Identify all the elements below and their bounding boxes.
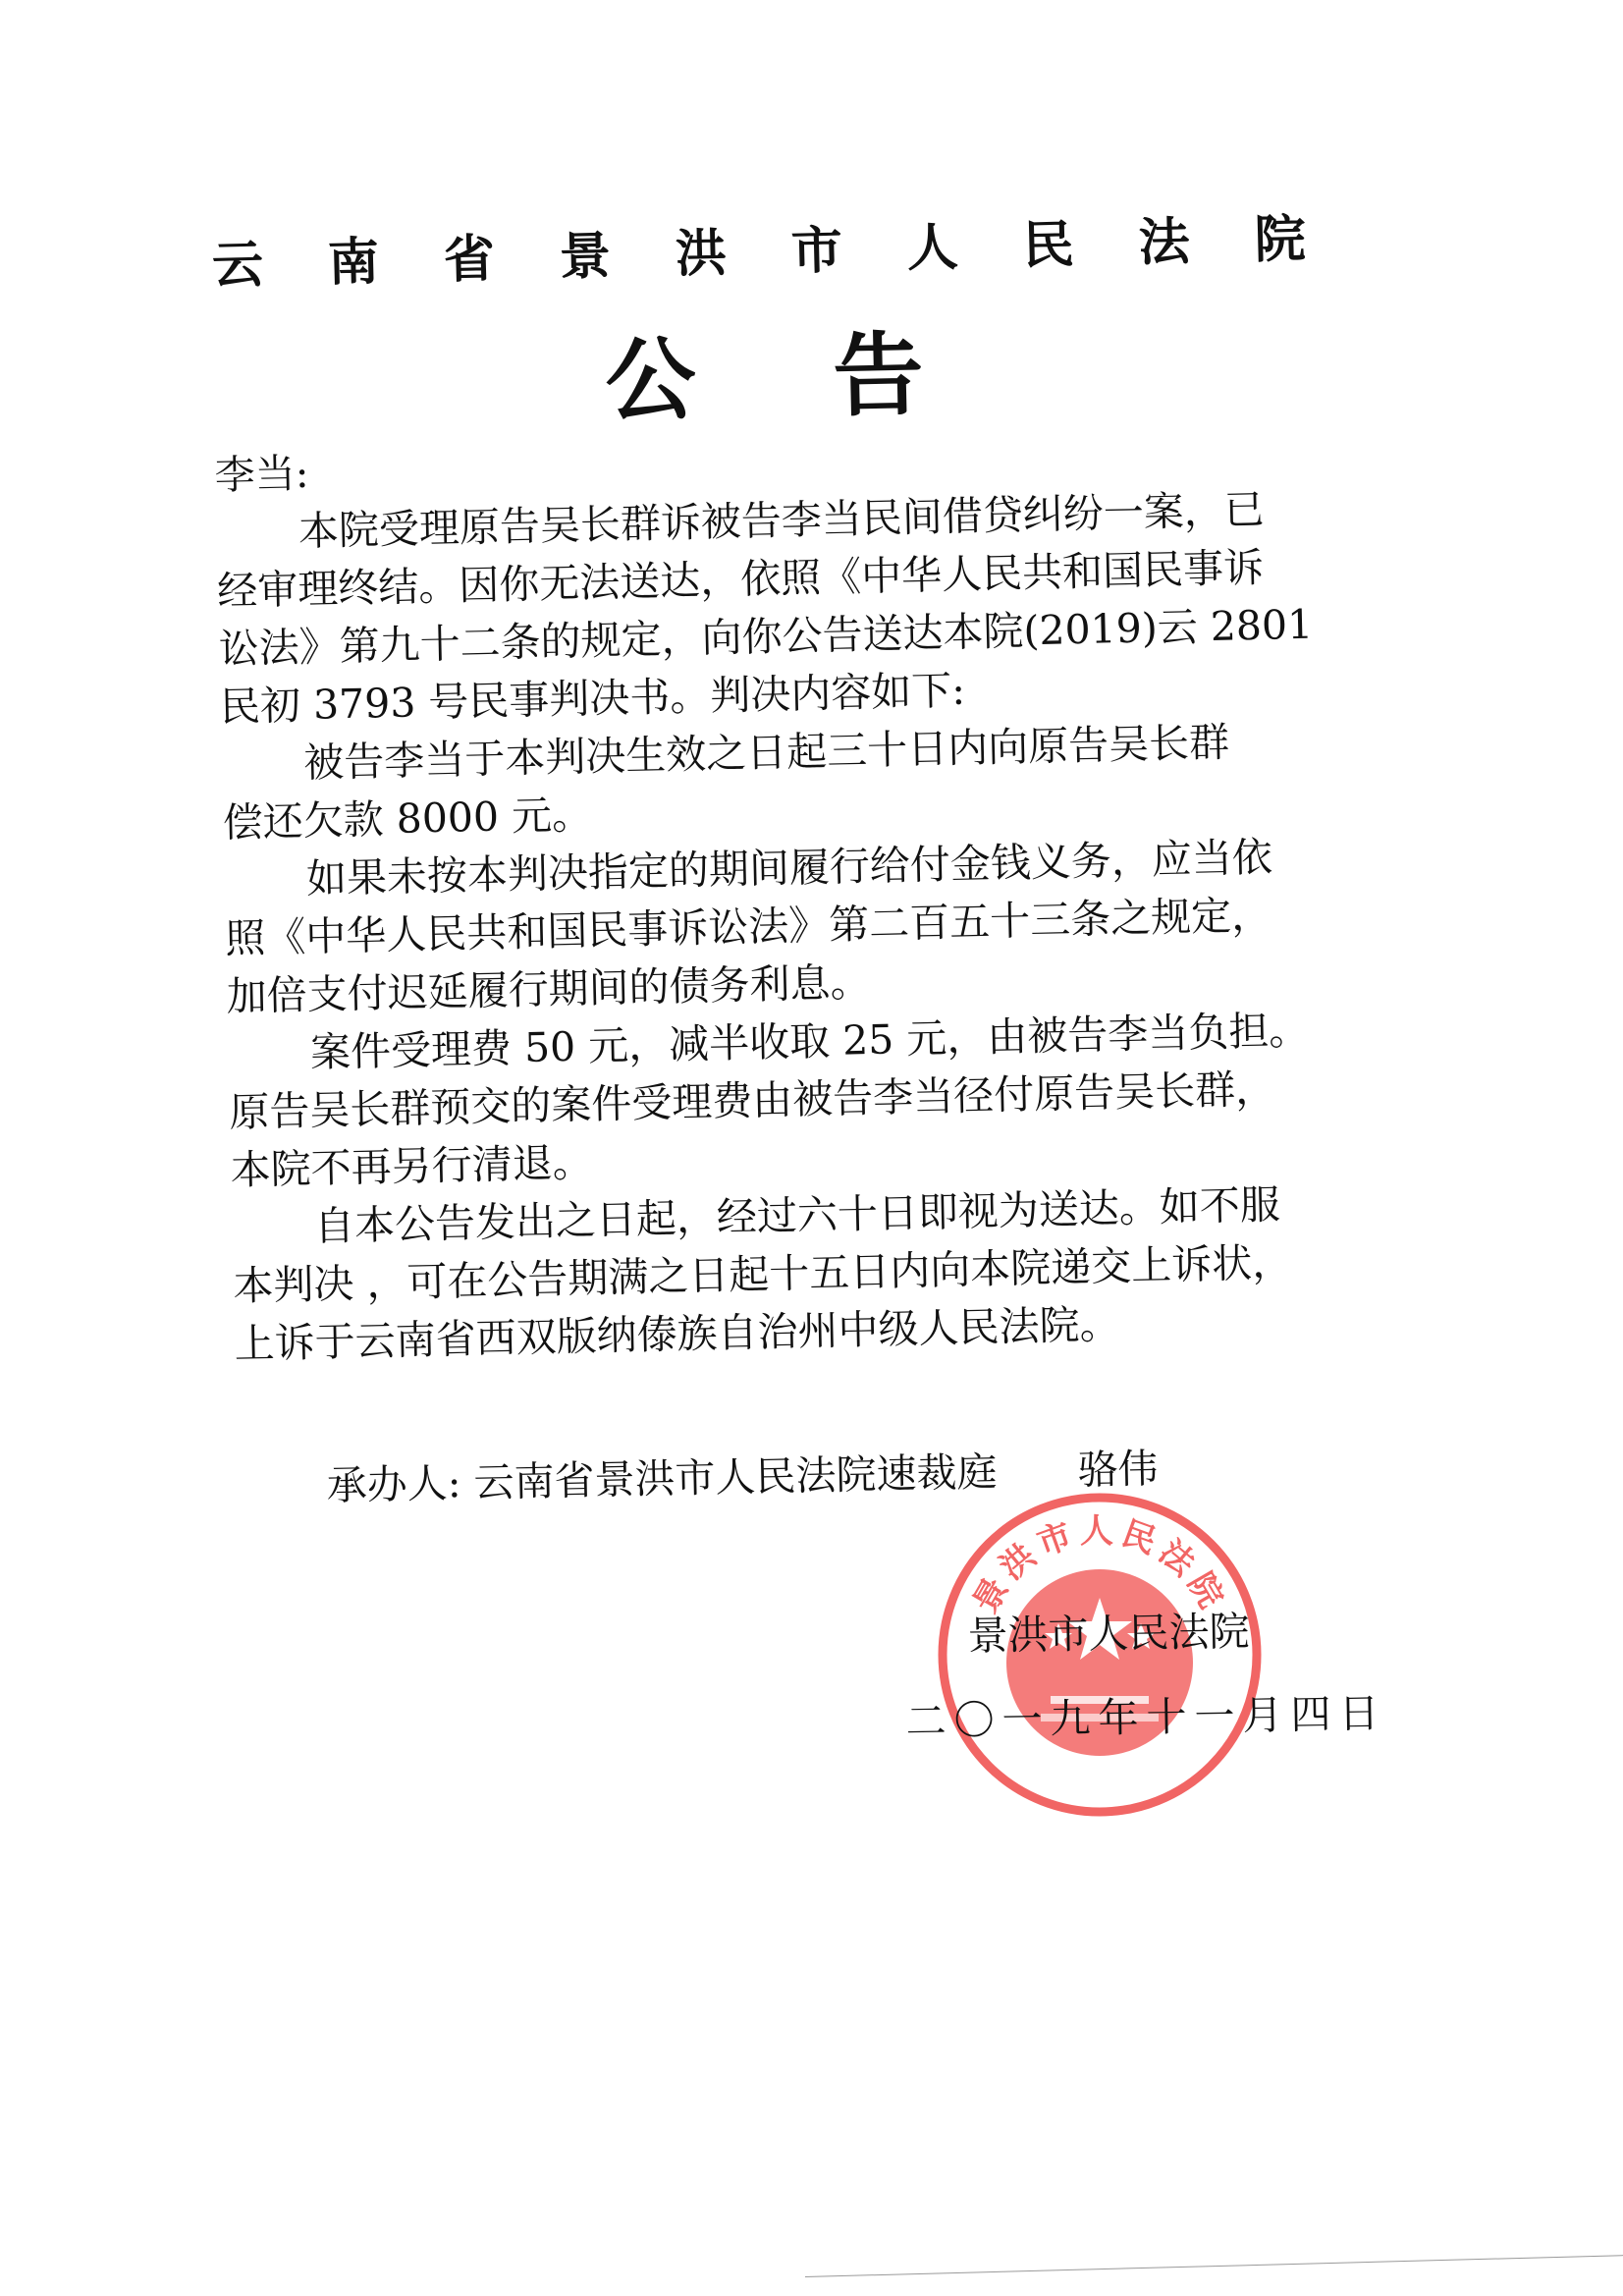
notice-body: 李当: 本院受理原告吴长群诉被告李当民间借贷纠纷一案，已 经审理终结。因你无法送… [214, 420, 1383, 1373]
handler-name: 骆伟 [1077, 1445, 1159, 1494]
handler-label: 承办人: [326, 1459, 461, 1509]
handler-department: 云南省景洪市人民法院速裁庭 [473, 1449, 998, 1506]
scan-edge-line [805, 2255, 1623, 2277]
signing-court: 景洪市人民法院 [967, 1599, 1250, 1662]
court-name-heading: 云南省景洪市人民法院 [211, 196, 1331, 298]
signing-date: 二〇一九年十一月四日 [905, 1680, 1387, 1747]
document-page: 云南省景洪市人民法院 公告 李当: 本院受理原告吴长群诉被告李当民间借贷纠纷一案… [0, 0, 1623, 2296]
notice-title: 公告 [604, 300, 1062, 439]
